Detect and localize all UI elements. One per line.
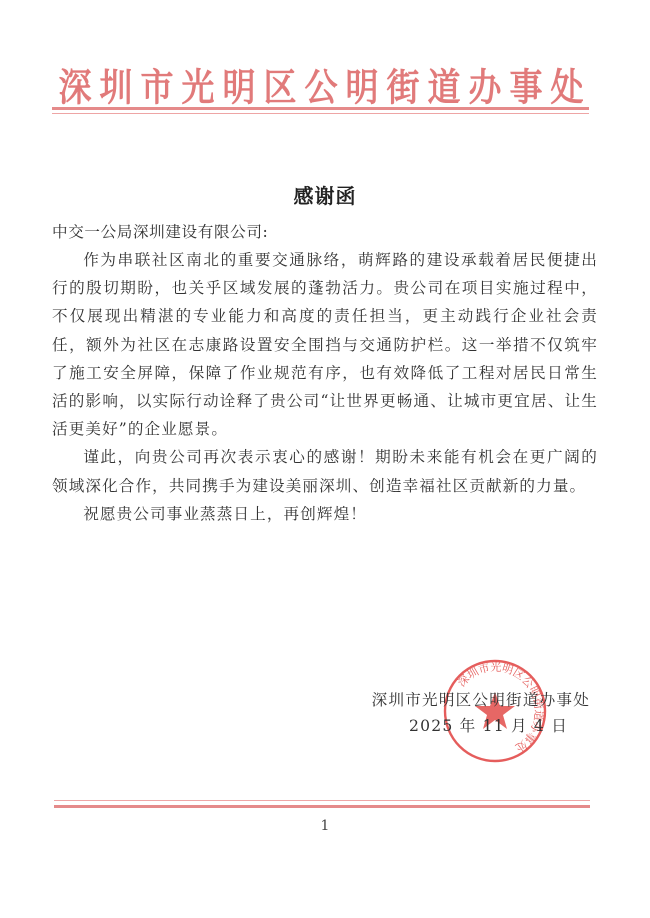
footer-rule-thin [54, 800, 590, 801]
official-seal-icon: 深圳市光明区公明街道办事处 [442, 658, 548, 764]
signature-date: 2025 年 11 月 4 日 [409, 714, 568, 736]
letterhead-title: 深圳市光明区公明街道办事处 [0, 58, 650, 112]
letterhead-rule-thin [52, 113, 589, 114]
letter-body: 作为串联社区南北的重要交通脉络，萌辉路的建设承载着居民便捷出行的殷切期盼，也关乎… [52, 246, 598, 528]
paragraph-2: 谨此，向贵公司再次表示衷心的感谢！期盼未来能有机会在更广阔的领域深化合作，共同携… [52, 443, 598, 499]
paragraph-1: 作为串联社区南北的重要交通脉络，萌辉路的建设承载着居民便捷出行的殷切期盼，也关乎… [52, 246, 598, 443]
recipient: 中交一公局深圳建设有限公司: [52, 218, 268, 246]
signature-organization: 深圳市光明区公明街道办事处 [372, 688, 590, 710]
footer-rule-thick [54, 805, 590, 808]
paragraph-3: 祝愿贵公司事业蒸蒸日上，再创辉煌！ [52, 500, 598, 528]
page-number: 1 [0, 818, 650, 834]
letterhead-rule-thick [52, 107, 589, 110]
document-title: 感谢函 [0, 180, 650, 209]
